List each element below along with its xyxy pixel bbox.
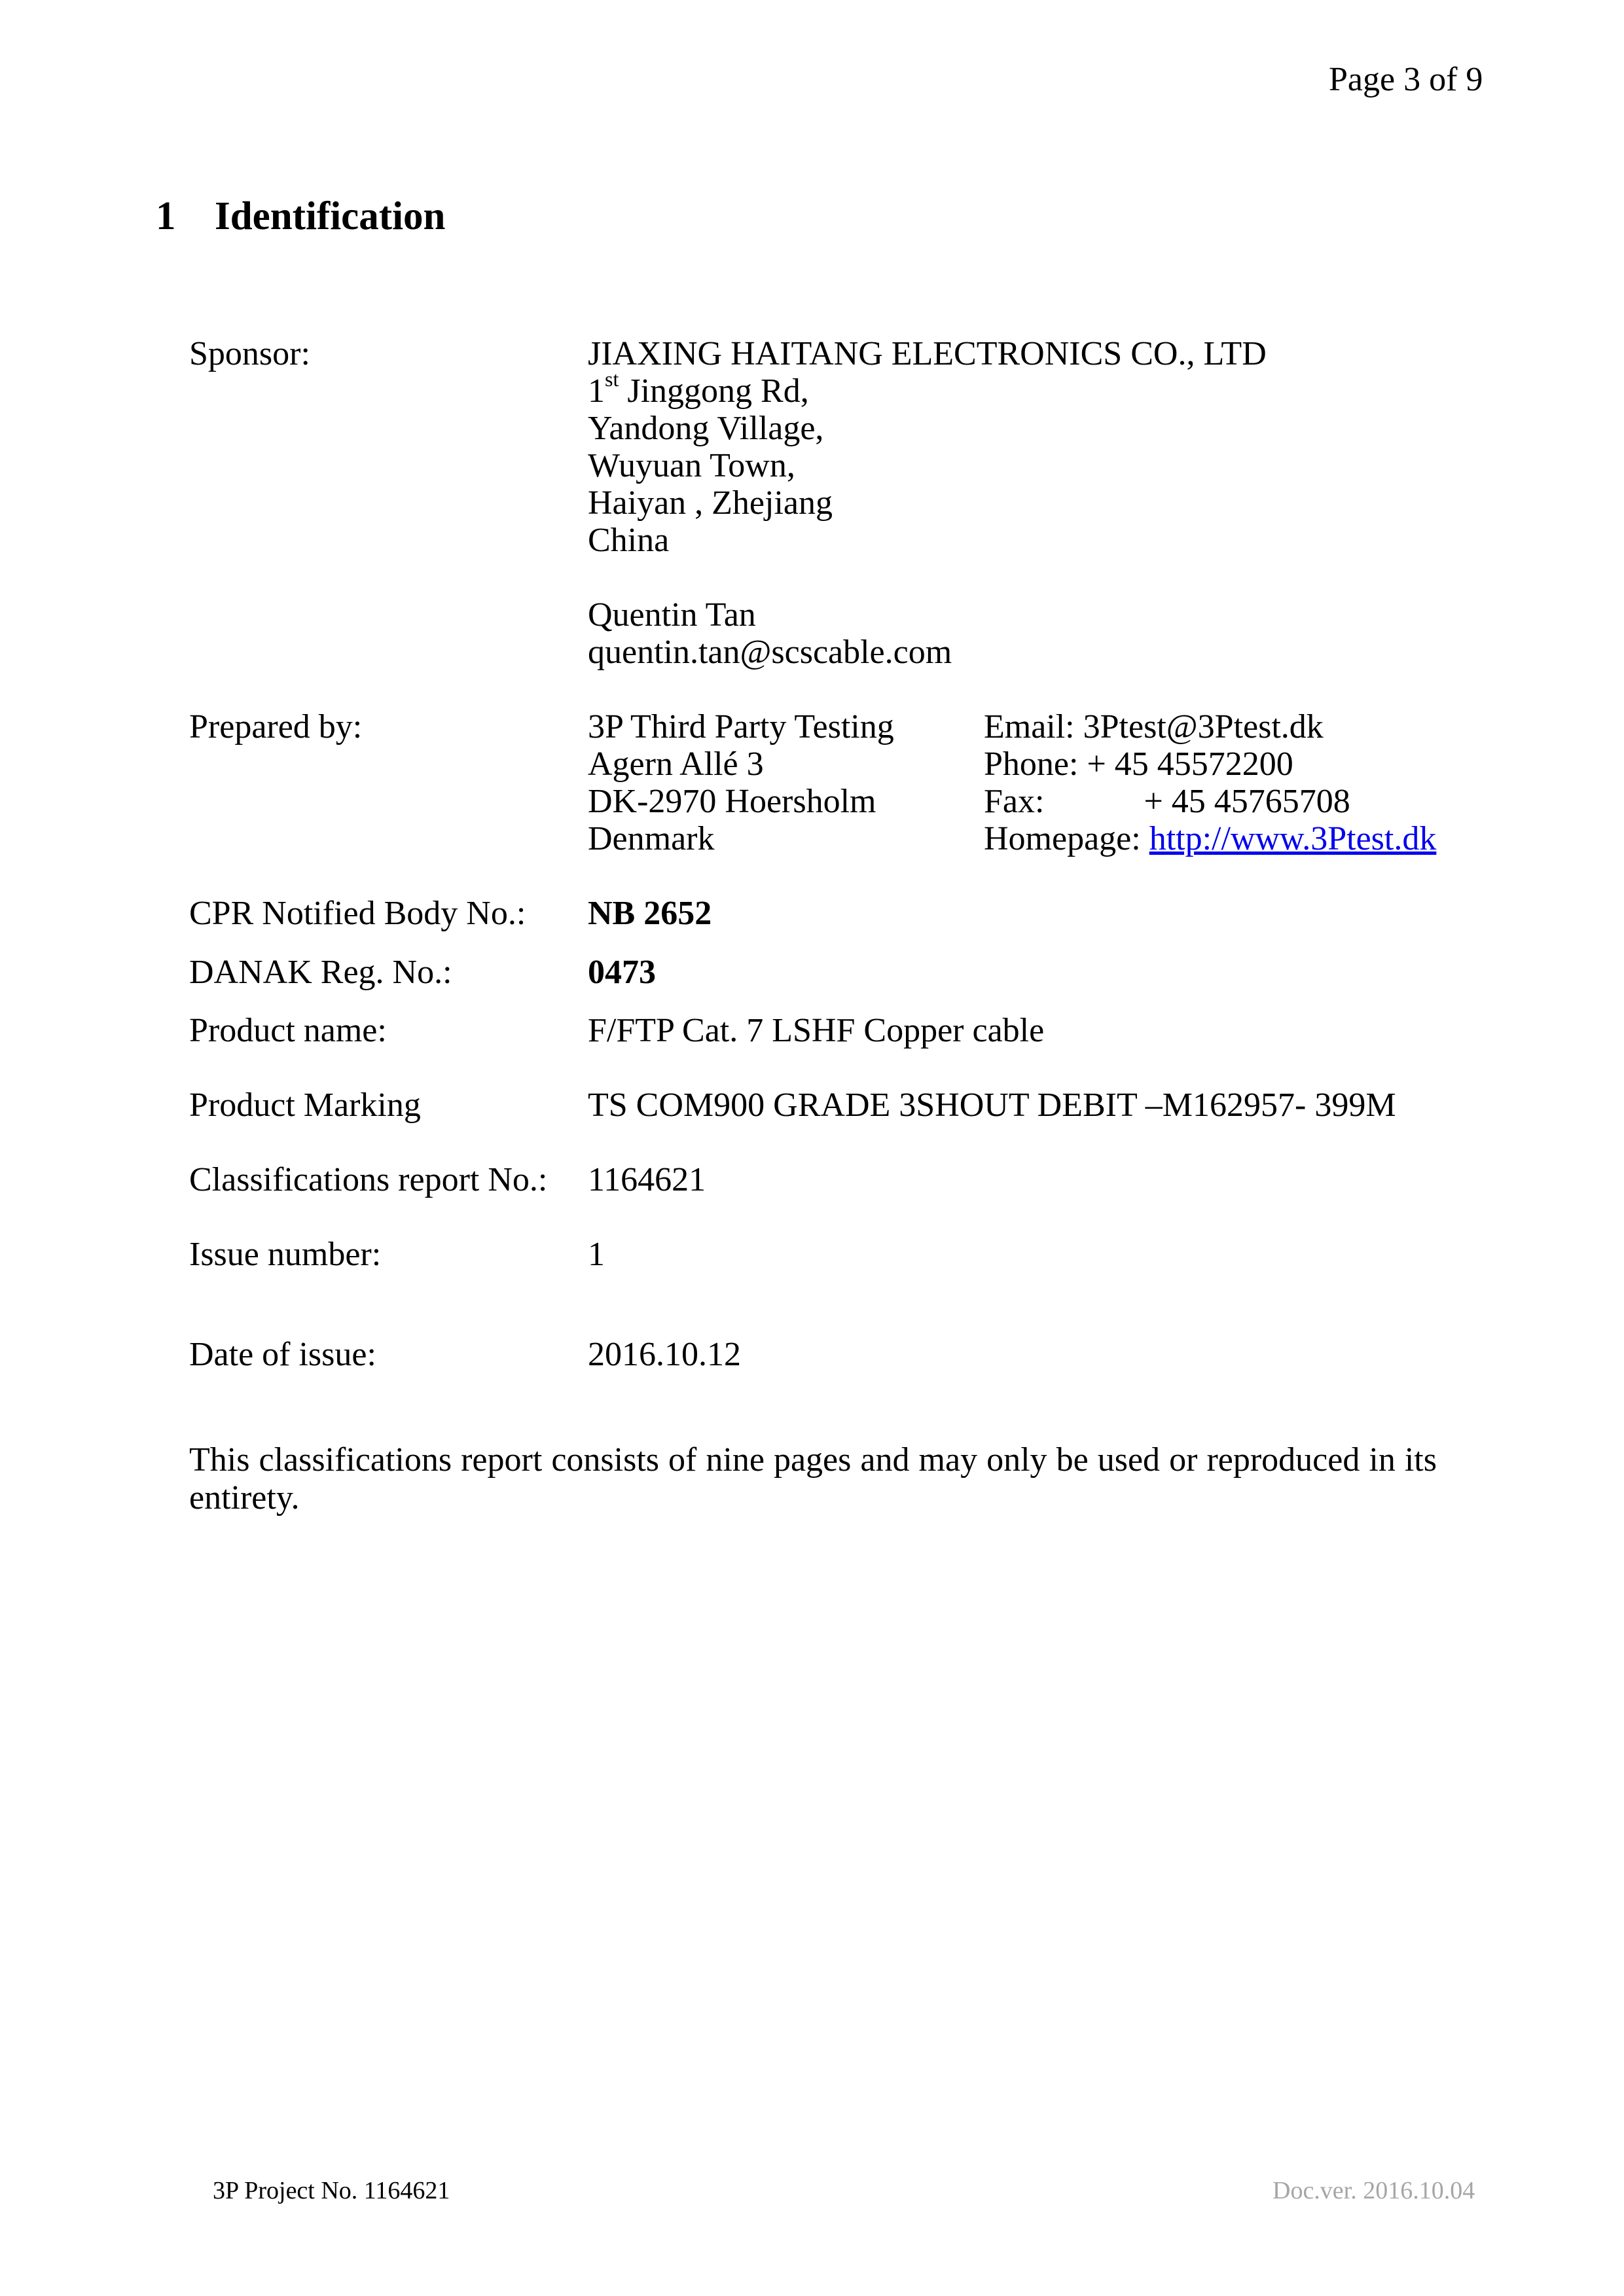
prepared-by-phone: Phone: + 45 45572200: [984, 745, 1293, 783]
prepared-by-email: Email: 3Ptest@3Ptest.dk: [984, 708, 1324, 746]
usage-notice: This classifications report consists of …: [189, 1441, 1437, 1517]
sponsor-company: JIAXING HAITANG ELECTRONICS CO., LTD: [588, 335, 1267, 373]
issue-number-value: 1: [588, 1236, 605, 1274]
cpr-notified-body-label: CPR Notified Body No.:: [189, 895, 526, 933]
danak-reg-label: DANAK Reg. No.:: [189, 954, 452, 992]
prepared-by-label: Prepared by:: [189, 708, 362, 746]
issue-number-label: Issue number:: [189, 1236, 381, 1274]
prepared-by-address-line-1: 3P Third Party Testing: [588, 708, 894, 746]
footer-doc-version: Doc.ver. 2016.10.04: [1272, 2176, 1475, 2205]
product-name-value: F/FTP Cat. 7 LSHF Copper cable: [588, 1012, 1044, 1050]
sponsor-address-line-5: China: [588, 522, 669, 560]
product-name-label: Product name:: [189, 1012, 387, 1050]
homepage-link[interactable]: http://www.3Ptest.dk: [1149, 820, 1437, 857]
sponsor-street-name: Jinggong Rd,: [619, 372, 808, 410]
sponsor-address-line-2: Yandong Village,: [588, 410, 823, 448]
prepared-by-address-line-4: Denmark: [588, 820, 714, 858]
sponsor-label: Sponsor:: [189, 335, 310, 373]
prepared-by-homepage: Homepage: http://www.3Ptest.dk: [984, 820, 1436, 858]
section-heading: 1Identification: [156, 194, 445, 240]
product-marking-value: TS COM900 GRADE 3SHOUT DEBIT –M162957- 3…: [588, 1086, 1396, 1124]
danak-reg-value: 0473: [588, 954, 656, 992]
sponsor-street-number: 1: [588, 372, 605, 410]
report-no-value: 1164621: [588, 1161, 706, 1199]
date-of-issue-label: Date of issue:: [189, 1336, 376, 1374]
fax-value: + 45 45765708: [1144, 783, 1350, 820]
ordinal-suffix: st: [605, 367, 619, 391]
section-title: Identification: [215, 194, 445, 238]
sponsor-contact-email: quentin.tan@scscable.com: [588, 634, 952, 672]
prepared-by-fax: Fax:+ 45 45765708: [984, 783, 1350, 821]
report-no-label: Classifications report No.:: [189, 1161, 547, 1199]
sponsor-address-line-3: Wuyuan Town,: [588, 447, 795, 485]
prepared-by-address-line-2: Agern Allé 3: [588, 745, 764, 783]
footer-project-number: 3P Project No. 1164621: [213, 2176, 450, 2205]
sponsor-contact-name: Quentin Tan: [588, 596, 756, 634]
date-of-issue-value: 2016.10.12: [588, 1336, 741, 1374]
page-number: Page 3 of 9: [1329, 60, 1483, 99]
homepage-label: Homepage:: [984, 820, 1149, 857]
section-number: 1: [156, 194, 215, 240]
product-marking-label: Product Marking: [189, 1086, 421, 1124]
prepared-by-address-line-3: DK-2970 Hoersholm: [588, 783, 876, 821]
sponsor-address-line-1: 1st Jinggong Rd,: [588, 372, 809, 410]
cpr-notified-body-value: NB 2652: [588, 895, 712, 933]
sponsor-address-line-4: Haiyan , Zhejiang: [588, 484, 833, 522]
fax-label: Fax:: [984, 783, 1044, 820]
